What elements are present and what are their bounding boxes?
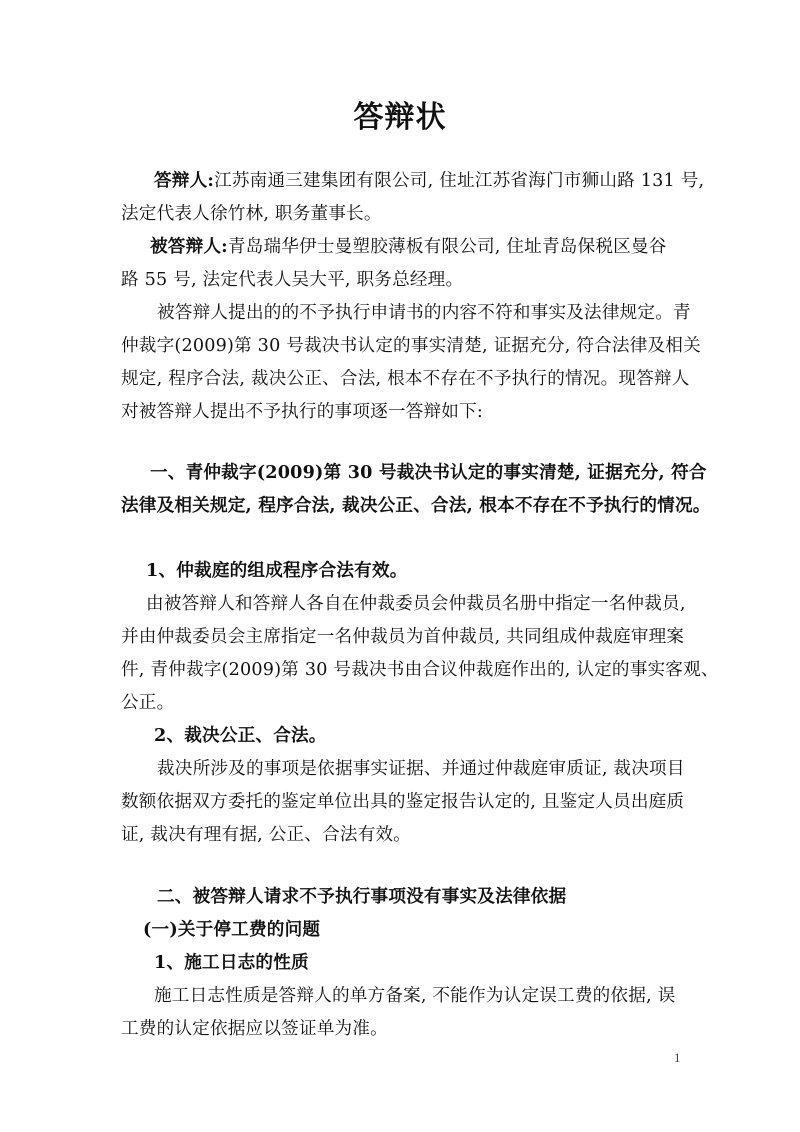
section-two-item-1-line-1: 施工日志性质是答辩人的单方备案, 不能作为认定误工费的依据, 误 (154, 985, 724, 1007)
applicant-paragraph-line-1: 被答辩人:青岛瑞华伊士曼塑胶薄板有限公司, 住址青岛保税区曼谷 (150, 236, 720, 258)
subsection-1-line-2: 并由仲裁委员会主席指定一名仲裁员为首仲裁员, 共同组成仲裁庭审理案 (121, 626, 691, 648)
document-page: 答辩状 答辩人:江苏南通三建集团有限公司, 住址江苏省海门市狮山路 131 号,… (0, 0, 800, 1132)
subsection-1-line-4: 公正。 (121, 692, 691, 714)
intro-paragraph-line-3: 规定, 程序合法, 裁决公正、合法, 根本不存在不予执行的情况。现答辩人 (121, 368, 691, 390)
subsection-2-line-2: 数额依据双方委托的鉴定单位出具的鉴定报告认定的, 且鉴定人员出庭质 (121, 791, 691, 813)
section-two-heading: 二、被答辩人请求不予执行事项没有事实及法律依据 (157, 886, 727, 908)
intro-paragraph-line-4: 对被答辩人提出不予执行的事项逐一答辩如下: (121, 401, 691, 423)
applicant-info: 青岛瑞华伊士曼塑胶薄板有限公司, 住址青岛保税区曼谷 (228, 237, 667, 257)
subsection-2-line-3: 证, 裁决有理有据, 公正、合法有效。 (121, 824, 691, 846)
subsection-2-heading: 2、裁决公正、合法。 (154, 725, 724, 747)
subsection-1-heading: 1、仲裁庭的组成程序合法有效。 (146, 560, 716, 582)
respondent-paragraph-line-1: 答辩人:江苏南通三建集团有限公司, 住址江苏省海门市狮山路 131 号, (154, 170, 724, 192)
subsection-1-line-3: 件, 青仲裁字(2009)第 30 号裁决书由合议仲裁庭作出的, 认定的事实客观… (121, 659, 691, 681)
section-two-subheading: (一)关于停工费的问题 (143, 919, 713, 941)
respondent-paragraph-line-2: 法定代表人徐竹林, 职务董事长。 (121, 203, 691, 225)
section-two-item-1-line-2: 工费的认定依据应以签证单为准。 (121, 1018, 691, 1040)
subsection-1-line-1: 由被答辩人和答辩人各自在仲裁委员会仲裁员名册中指定一名仲裁员, (146, 593, 716, 615)
document-title: 答辩状 (0, 92, 800, 136)
section-one-heading-line-1: 一、青仲裁字(2009)第 30 号裁决书认定的事实清楚, 证据充分, 符合 (150, 462, 720, 484)
intro-paragraph-line-2: 仲裁字(2009)第 30 号裁决书认定的事实清楚, 证据充分, 符合法律及相关 (121, 335, 691, 357)
intro-paragraph-line-1: 被答辩人提出的的不予执行申请书的内容不符和事实及法律规定。青 (157, 302, 727, 324)
subsection-2-line-1: 裁决所涉及的事项是依据事实证据、并通过仲裁庭审质证, 裁决项目 (157, 758, 727, 780)
section-one-heading-line-2: 法律及相关规定, 程序合法, 裁决公正、合法, 根本不存在不予执行的情况。 (121, 495, 691, 517)
respondent-info: 江苏南通三建集团有限公司, 住址江苏省海门市狮山路 131 号, (214, 171, 704, 191)
section-two-item-1-heading: 1、施工日志的性质 (154, 952, 724, 974)
respondent-label: 答辩人: (154, 170, 214, 191)
applicant-paragraph-line-2: 路 55 号, 法定代表人吴大平, 职务总经理。 (121, 269, 691, 291)
page-number: 1 (674, 1050, 681, 1066)
applicant-label: 被答辩人: (150, 236, 228, 257)
